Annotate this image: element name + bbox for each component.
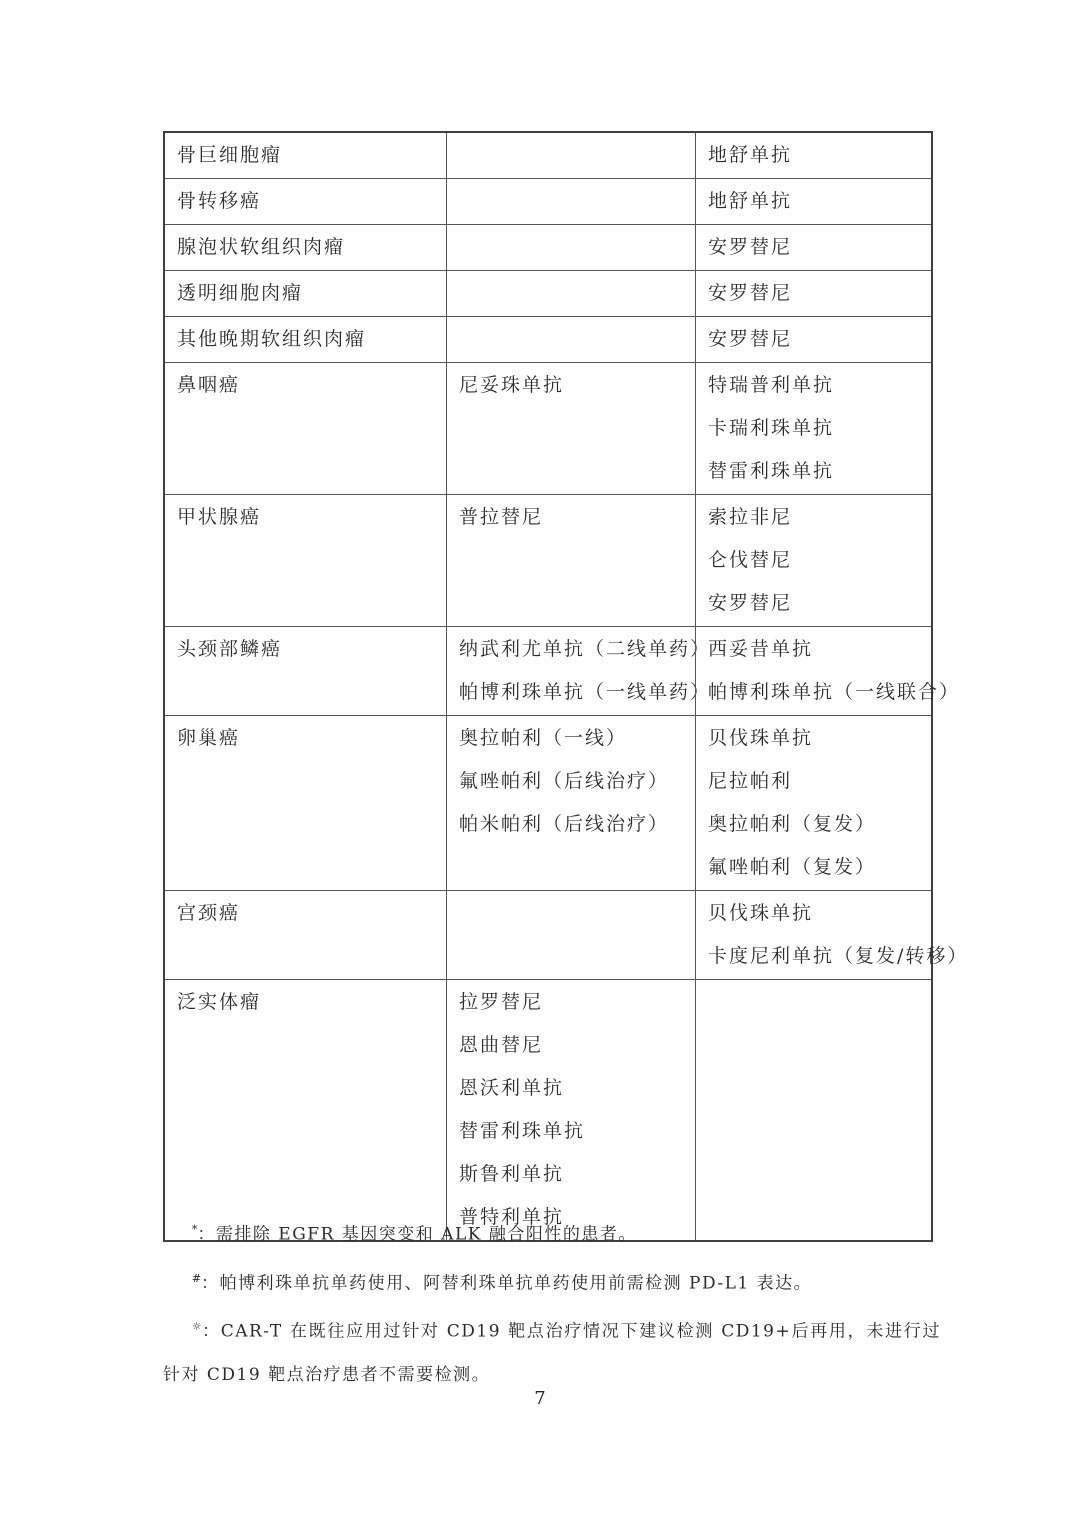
drugs-cell-right: 特瑞普利单抗卡瑞利珠单抗替雷利珠单抗 xyxy=(695,363,931,494)
drugs-cell-right: 地舒单抗 xyxy=(695,179,931,224)
cell-text-line: 尼妥珠单抗 xyxy=(459,364,687,407)
empty-cell-line xyxy=(708,981,923,1024)
treatment-table: 骨巨细胞瘤 地舒单抗骨转移癌 地舒单抗腺泡状软组织肉瘤 安罗替尼透明细胞肉瘤 安… xyxy=(163,131,933,1242)
footnote-text: ：需排除 EGFR 基因突变和 ALK 融合阳性的患者。 xyxy=(197,1225,636,1245)
cell-text-line: 贝伐珠单抗 xyxy=(708,717,923,760)
cancer-type-cell: 宫颈癌 xyxy=(165,891,446,979)
cell-text-line: 泛实体瘤 xyxy=(177,981,438,1024)
empty-cell-line xyxy=(459,226,687,269)
cancer-type-cell: 骨转移癌 xyxy=(165,179,446,224)
cell-text-line: 特瑞普利单抗 xyxy=(708,364,923,407)
cell-text-line: 索拉非尼 xyxy=(708,496,923,539)
cell-text-line: 安罗替尼 xyxy=(708,582,923,625)
table-row: 甲状腺癌普拉替尼索拉非尼仑伐替尼安罗替尼 xyxy=(165,494,931,626)
cancer-type-cell: 其他晚期软组织肉瘤 xyxy=(165,317,446,362)
cell-text-line: 纳武利尤单抗（二线单药） xyxy=(459,628,687,671)
empty-cell-line xyxy=(459,272,687,315)
empty-cell-line xyxy=(459,134,687,177)
cell-text-line: 其他晚期软组织肉瘤 xyxy=(177,318,438,361)
drugs-cell-right xyxy=(695,980,931,1240)
drugs-cell-middle: 拉罗替尼恩曲替尼恩沃利单抗替雷利珠单抗斯鲁利单抗普特利单抗 xyxy=(446,980,695,1240)
cell-text-line: 安罗替尼 xyxy=(708,272,923,315)
footnote-egfr-alk: *：需排除 EGFR 基因突变和 ALK 融合阳性的患者。 xyxy=(163,1208,941,1257)
table-row: 骨转移癌 地舒单抗 xyxy=(165,178,931,224)
drugs-cell-right: 安罗替尼 xyxy=(695,317,931,362)
cell-text-line: 氟唑帕利（复发） xyxy=(708,846,923,889)
cancer-type-cell: 鼻咽癌 xyxy=(165,363,446,494)
cancer-type-cell: 甲状腺癌 xyxy=(165,495,446,626)
cancer-type-cell: 透明细胞肉瘤 xyxy=(165,271,446,316)
cell-text-line: 西妥昔单抗 xyxy=(708,628,960,671)
cell-text-line: 安罗替尼 xyxy=(708,318,923,361)
cell-text-line: 氟唑帕利（后线治疗） xyxy=(459,760,687,803)
cell-text-line: 替雷利珠单抗 xyxy=(708,450,923,493)
footnote-marker-sun: ☼ xyxy=(192,1320,202,1333)
cell-text-line: 替雷利珠单抗 xyxy=(459,1110,687,1153)
cell-text-line: 帕米帕利（后线治疗） xyxy=(459,803,687,846)
empty-cell-line xyxy=(459,180,687,223)
drugs-cell-middle: 尼妥珠单抗 xyxy=(446,363,695,494)
cell-text-line: 斯鲁利单抗 xyxy=(459,1153,687,1196)
table-row: 骨巨细胞瘤 地舒单抗 xyxy=(165,133,931,178)
table-row: 泛实体瘤拉罗替尼恩曲替尼恩沃利单抗替雷利珠单抗斯鲁利单抗普特利单抗 xyxy=(165,979,931,1240)
cancer-type-cell: 卵巢癌 xyxy=(165,716,446,890)
cell-text-line: 卵巢癌 xyxy=(177,717,438,760)
drugs-cell-right: 安罗替尼 xyxy=(695,271,931,316)
table-row: 卵巢癌奥拉帕利（一线）氟唑帕利（后线治疗）帕米帕利（后线治疗）贝伐珠单抗尼拉帕利… xyxy=(165,715,931,890)
empty-cell-line xyxy=(459,318,687,361)
drugs-cell-middle: 奥拉帕利（一线）氟唑帕利（后线治疗）帕米帕利（后线治疗） xyxy=(446,716,695,890)
table-row: 头颈部鳞癌纳武利尤单抗（二线单药）帕博利珠单抗（一线单药）西妥昔单抗帕博利珠单抗… xyxy=(165,626,931,715)
cancer-type-cell: 腺泡状软组织肉瘤 xyxy=(165,225,446,270)
cell-text-line: 宫颈癌 xyxy=(177,892,438,935)
cell-text-line: 卡度尼利单抗（复发/转移） xyxy=(708,935,968,978)
cell-text-line: 帕博利珠单抗（一线联合） xyxy=(708,671,960,714)
page-number: 7 xyxy=(0,1388,1080,1409)
drugs-cell-middle: 普拉替尼 xyxy=(446,495,695,626)
table-row: 其他晚期软组织肉瘤 安罗替尼 xyxy=(165,316,931,362)
cell-text-line: 卡瑞利珠单抗 xyxy=(708,407,923,450)
table-row: 鼻咽癌尼妥珠单抗特瑞普利单抗卡瑞利珠单抗替雷利珠单抗 xyxy=(165,362,931,494)
drugs-cell-right: 西妥昔单抗帕博利珠单抗（一线联合） xyxy=(695,627,968,715)
drugs-cell-right: 贝伐珠单抗尼拉帕利奥拉帕利（复发）氟唑帕利（复发） xyxy=(695,716,931,890)
cancer-type-cell: 骨巨细胞瘤 xyxy=(165,133,446,178)
footnote-text: ：CAR-T 在既往应用过针对 CD19 靶点治疗情况下建议检测 CD19+后再… xyxy=(163,1322,941,1385)
table-row: 宫颈癌 贝伐珠单抗卡度尼利单抗（复发/转移） xyxy=(165,890,931,979)
cell-text-line: 骨巨细胞瘤 xyxy=(177,134,438,177)
cell-text-line: 甲状腺癌 xyxy=(177,496,438,539)
cell-text-line: 帕博利珠单抗（一线单药） xyxy=(459,671,687,714)
cell-text-line: 尼拉帕利 xyxy=(708,760,923,803)
cell-text-line: 地舒单抗 xyxy=(708,180,923,223)
cell-text-line: 鼻咽癌 xyxy=(177,364,438,407)
cell-text-line: 地舒单抗 xyxy=(708,134,923,177)
cell-text-line: 拉罗替尼 xyxy=(459,981,687,1024)
cell-text-line: 奥拉帕利（复发） xyxy=(708,803,923,846)
cell-text-line: 头颈部鳞癌 xyxy=(177,628,438,671)
empty-cell-line xyxy=(459,892,687,935)
footnote-marker-hash: # xyxy=(192,1272,201,1285)
cell-text-line: 贝伐珠单抗 xyxy=(708,892,968,935)
cell-text-line: 恩沃利单抗 xyxy=(459,1067,687,1110)
footnote-pdl1: #：帕博利珠单抗单药使用、阿替利珠单抗单药使用前需检测 PD-L1 表达。 xyxy=(163,1257,941,1306)
cell-text-line: 安罗替尼 xyxy=(708,226,923,269)
cancer-type-cell: 头颈部鳞癌 xyxy=(165,627,446,715)
drugs-cell-middle xyxy=(446,179,695,224)
footnote-text: ：帕博利珠单抗单药使用、阿替利珠单抗单药使用前需检测 PD-L1 表达。 xyxy=(201,1273,812,1293)
drugs-cell-middle xyxy=(446,891,695,979)
drugs-cell-middle: 纳武利尤单抗（二线单药）帕博利珠单抗（一线单药） xyxy=(446,627,695,715)
cell-text-line: 奥拉帕利（一线） xyxy=(459,717,687,760)
cell-text-line: 普拉替尼 xyxy=(459,496,687,539)
drugs-cell-right: 索拉非尼仑伐替尼安罗替尼 xyxy=(695,495,931,626)
table-row: 腺泡状软组织肉瘤 安罗替尼 xyxy=(165,224,931,270)
document-page: 骨巨细胞瘤 地舒单抗骨转移癌 地舒单抗腺泡状软组织肉瘤 安罗替尼透明细胞肉瘤 安… xyxy=(0,0,1080,1527)
cell-text-line: 腺泡状软组织肉瘤 xyxy=(177,226,438,269)
drugs-cell-right: 地舒单抗 xyxy=(695,133,931,178)
cell-text-line: 骨转移癌 xyxy=(177,180,438,223)
drugs-cell-right: 安罗替尼 xyxy=(695,225,931,270)
drugs-cell-middle xyxy=(446,225,695,270)
cell-text-line: 仑伐替尼 xyxy=(708,539,923,582)
drugs-cell-right: 贝伐珠单抗卡度尼利单抗（复发/转移） xyxy=(695,891,976,979)
footnote-cart-cd19: ☼：CAR-T 在既往应用过针对 CD19 靶点治疗情况下建议检测 CD19+后… xyxy=(163,1305,941,1397)
cell-text-line: 透明细胞肉瘤 xyxy=(177,272,438,315)
drugs-cell-middle xyxy=(446,133,695,178)
drugs-cell-middle xyxy=(446,317,695,362)
footnotes-section: *：需排除 EGFR 基因突变和 ALK 融合阳性的患者。 #：帕博利珠单抗单药… xyxy=(163,1208,941,1397)
cancer-type-cell: 泛实体瘤 xyxy=(165,980,446,1240)
cell-text-line: 恩曲替尼 xyxy=(459,1024,687,1067)
table-row: 透明细胞肉瘤 安罗替尼 xyxy=(165,270,931,316)
drugs-cell-middle xyxy=(446,271,695,316)
